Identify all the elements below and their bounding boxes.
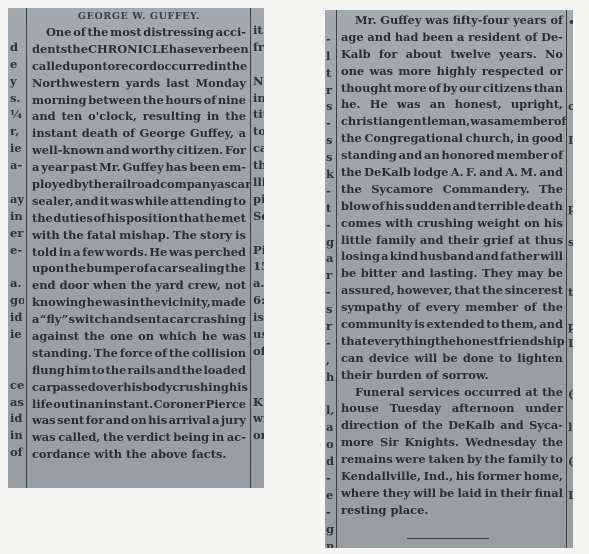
- adjacent-column-fragment-left: -ltrs-ssk-t-gar-sr-,hl,aod-e-gn: [326, 14, 336, 548]
- paragraph-funeral: FuneralservicesoccurredatthehouseTuesday…: [341, 384, 563, 519]
- text-line: directionoftheDeKalbandSyca-: [341, 417, 563, 434]
- adjacent-column-fragment-left: deys.¼r,iea-ayinere-a.goidieceasidinof: [10, 22, 24, 488]
- text-line: andteno'clock,resultinginthe: [32, 108, 246, 125]
- text-line: ageandhadbeenaresidentofDe-: [341, 29, 563, 46]
- text-line: communityisextendedtothem,and: [341, 316, 563, 333]
- text-line: thedutiesofhispositionthathemet: [32, 210, 246, 227]
- paragraph-biography: Mr.Guffeywasfifty-fouryearsofageandhadbe…: [341, 12, 563, 384]
- text-line: their burden of sorrow.: [341, 367, 563, 384]
- text-line: a“fly”switchandsentacarcrashing: [32, 311, 246, 328]
- text-line: assured,however,thatthesincerest: [341, 282, 563, 299]
- text-line: theDeKalblodgeA.F.andA.M.and: [341, 164, 563, 181]
- column-rule: [26, 8, 27, 488]
- text-line: christiangentleman,wasamemberof: [341, 113, 563, 130]
- text-line: losingakindhusbandandfatherwill: [341, 248, 563, 265]
- newspaper-clipping-left: deys.¼r,iea-ayinere-a.goidieceasidinof G…: [8, 8, 264, 488]
- text-line: remainsweretakenbythefamilyto: [341, 451, 563, 468]
- text-line: Kalbforabouttwelveyears.No: [341, 46, 563, 63]
- text-line: flunghimtotherailsandtheloaded: [32, 362, 246, 379]
- text-line: toldinafewwords.Hewasperched: [32, 244, 246, 261]
- column-rule: [250, 8, 251, 488]
- text-line: Kendallville,Ind.,hisformerhome,: [341, 468, 563, 485]
- newspaper-clipping-right: -ltrs-ssk-t-gar-sr-,hl,aod-e-gn Mr.Guffe…: [325, 10, 573, 548]
- article-column: GEORGE W. GUFFEY. Oneofthemostdistressin…: [32, 10, 246, 463]
- text-line: comeswithcrushingweightonhis: [341, 215, 563, 232]
- text-line: thateverythingthehonestfriendship: [341, 333, 563, 350]
- text-line: houseTuesdayafternoonunder: [341, 400, 563, 417]
- text-line: withthefatalmishap.Thestoryis: [32, 227, 246, 244]
- text-line: instantdeathofGeorgeGuffey,a: [32, 125, 246, 142]
- text-line: Funeralservicesoccurredatthe: [341, 384, 563, 401]
- text-line: ayearpastMr.Guffeyhasbeenem-: [32, 159, 246, 176]
- text-line: he.Hewasanhonest,upright,: [341, 96, 563, 113]
- text-line: wascalled,theverdictbeinginac-: [32, 429, 246, 446]
- text-line: bebitterandlasting.Theymaybe: [341, 265, 563, 282]
- text-line: knowinghewasinthevicinity,made: [32, 294, 246, 311]
- article-column-continued: Mr.Guffeywasfifty-fouryearsofageandhadbe…: [341, 12, 563, 519]
- text-line: dentstheCHRONICLEhaseverbeen: [32, 41, 246, 58]
- text-line: sympathyofeverymemberofthe: [341, 299, 563, 316]
- adjacent-column-fragment-right: •oIpstpI(l(I: [568, 14, 573, 548]
- text-line: Mr.Guffeywasfifty-fouryearsof: [341, 12, 563, 29]
- text-line: theCongregationalchurch,ingood: [341, 130, 563, 147]
- text-line: NorthwesternyardslastMonday: [32, 75, 246, 92]
- text-line: onewasmorehighlyrespectedor: [341, 63, 563, 80]
- text-line: Oneofthemostdistressingacci-: [32, 24, 246, 41]
- text-line: lifeoutinaninstant.CoronerPierce: [32, 396, 246, 413]
- column-rule: [566, 10, 567, 548]
- text-line: resting place.: [341, 502, 563, 519]
- text-line: littlefamilyandtheirgriefatthus: [341, 232, 563, 249]
- text-line: moreSirKnights.Wednesdaythe: [341, 434, 563, 451]
- text-line: standing.Theforceofthecollision: [32, 345, 246, 362]
- text-line: againsttheoneonwhichhewas: [32, 328, 246, 345]
- text-line: thoughtmoreofbyourcitizensthan: [341, 80, 563, 97]
- end-of-article-rule: [407, 538, 489, 539]
- text-line: wassentforandonhisarrivalajury: [32, 412, 246, 429]
- text-line: sealer,anditwaswhileattendingto: [32, 193, 246, 210]
- text-line: well-knownandworthycitizen.For: [32, 142, 246, 159]
- text-line: ployedbytherailroadcompanyascar: [32, 176, 246, 193]
- text-line: carpassedoverhisbodycrushinghis: [32, 379, 246, 396]
- column-rule: [336, 10, 337, 548]
- text-line: blowofhissuddenandterribledeath: [341, 198, 563, 215]
- text-line: candevicewillbedonetolighten: [341, 350, 563, 367]
- text-line: morningbetweenthehoursofnine: [32, 92, 246, 109]
- text-line: standingandanhonoredmemberof: [341, 147, 563, 164]
- text-line: theSycamoreCommandery.The: [341, 181, 563, 198]
- adjacent-column-fragment-right: it.fraNeingtittocathllipiSePi15a.6:isuso…: [253, 22, 264, 488]
- text-line: cordance with the above facts.: [32, 446, 246, 463]
- text-line: uponthebumperofacarsealingthe: [32, 260, 246, 277]
- article-heading: GEORGE W. GUFFEY.: [32, 10, 246, 24]
- text-line: calledupontorecordoccurredinthe: [32, 58, 246, 75]
- text-line: enddoorwhentheyardcrew,not: [32, 277, 246, 294]
- text-line: wheretheywillbelaidintheirfinal: [341, 485, 563, 502]
